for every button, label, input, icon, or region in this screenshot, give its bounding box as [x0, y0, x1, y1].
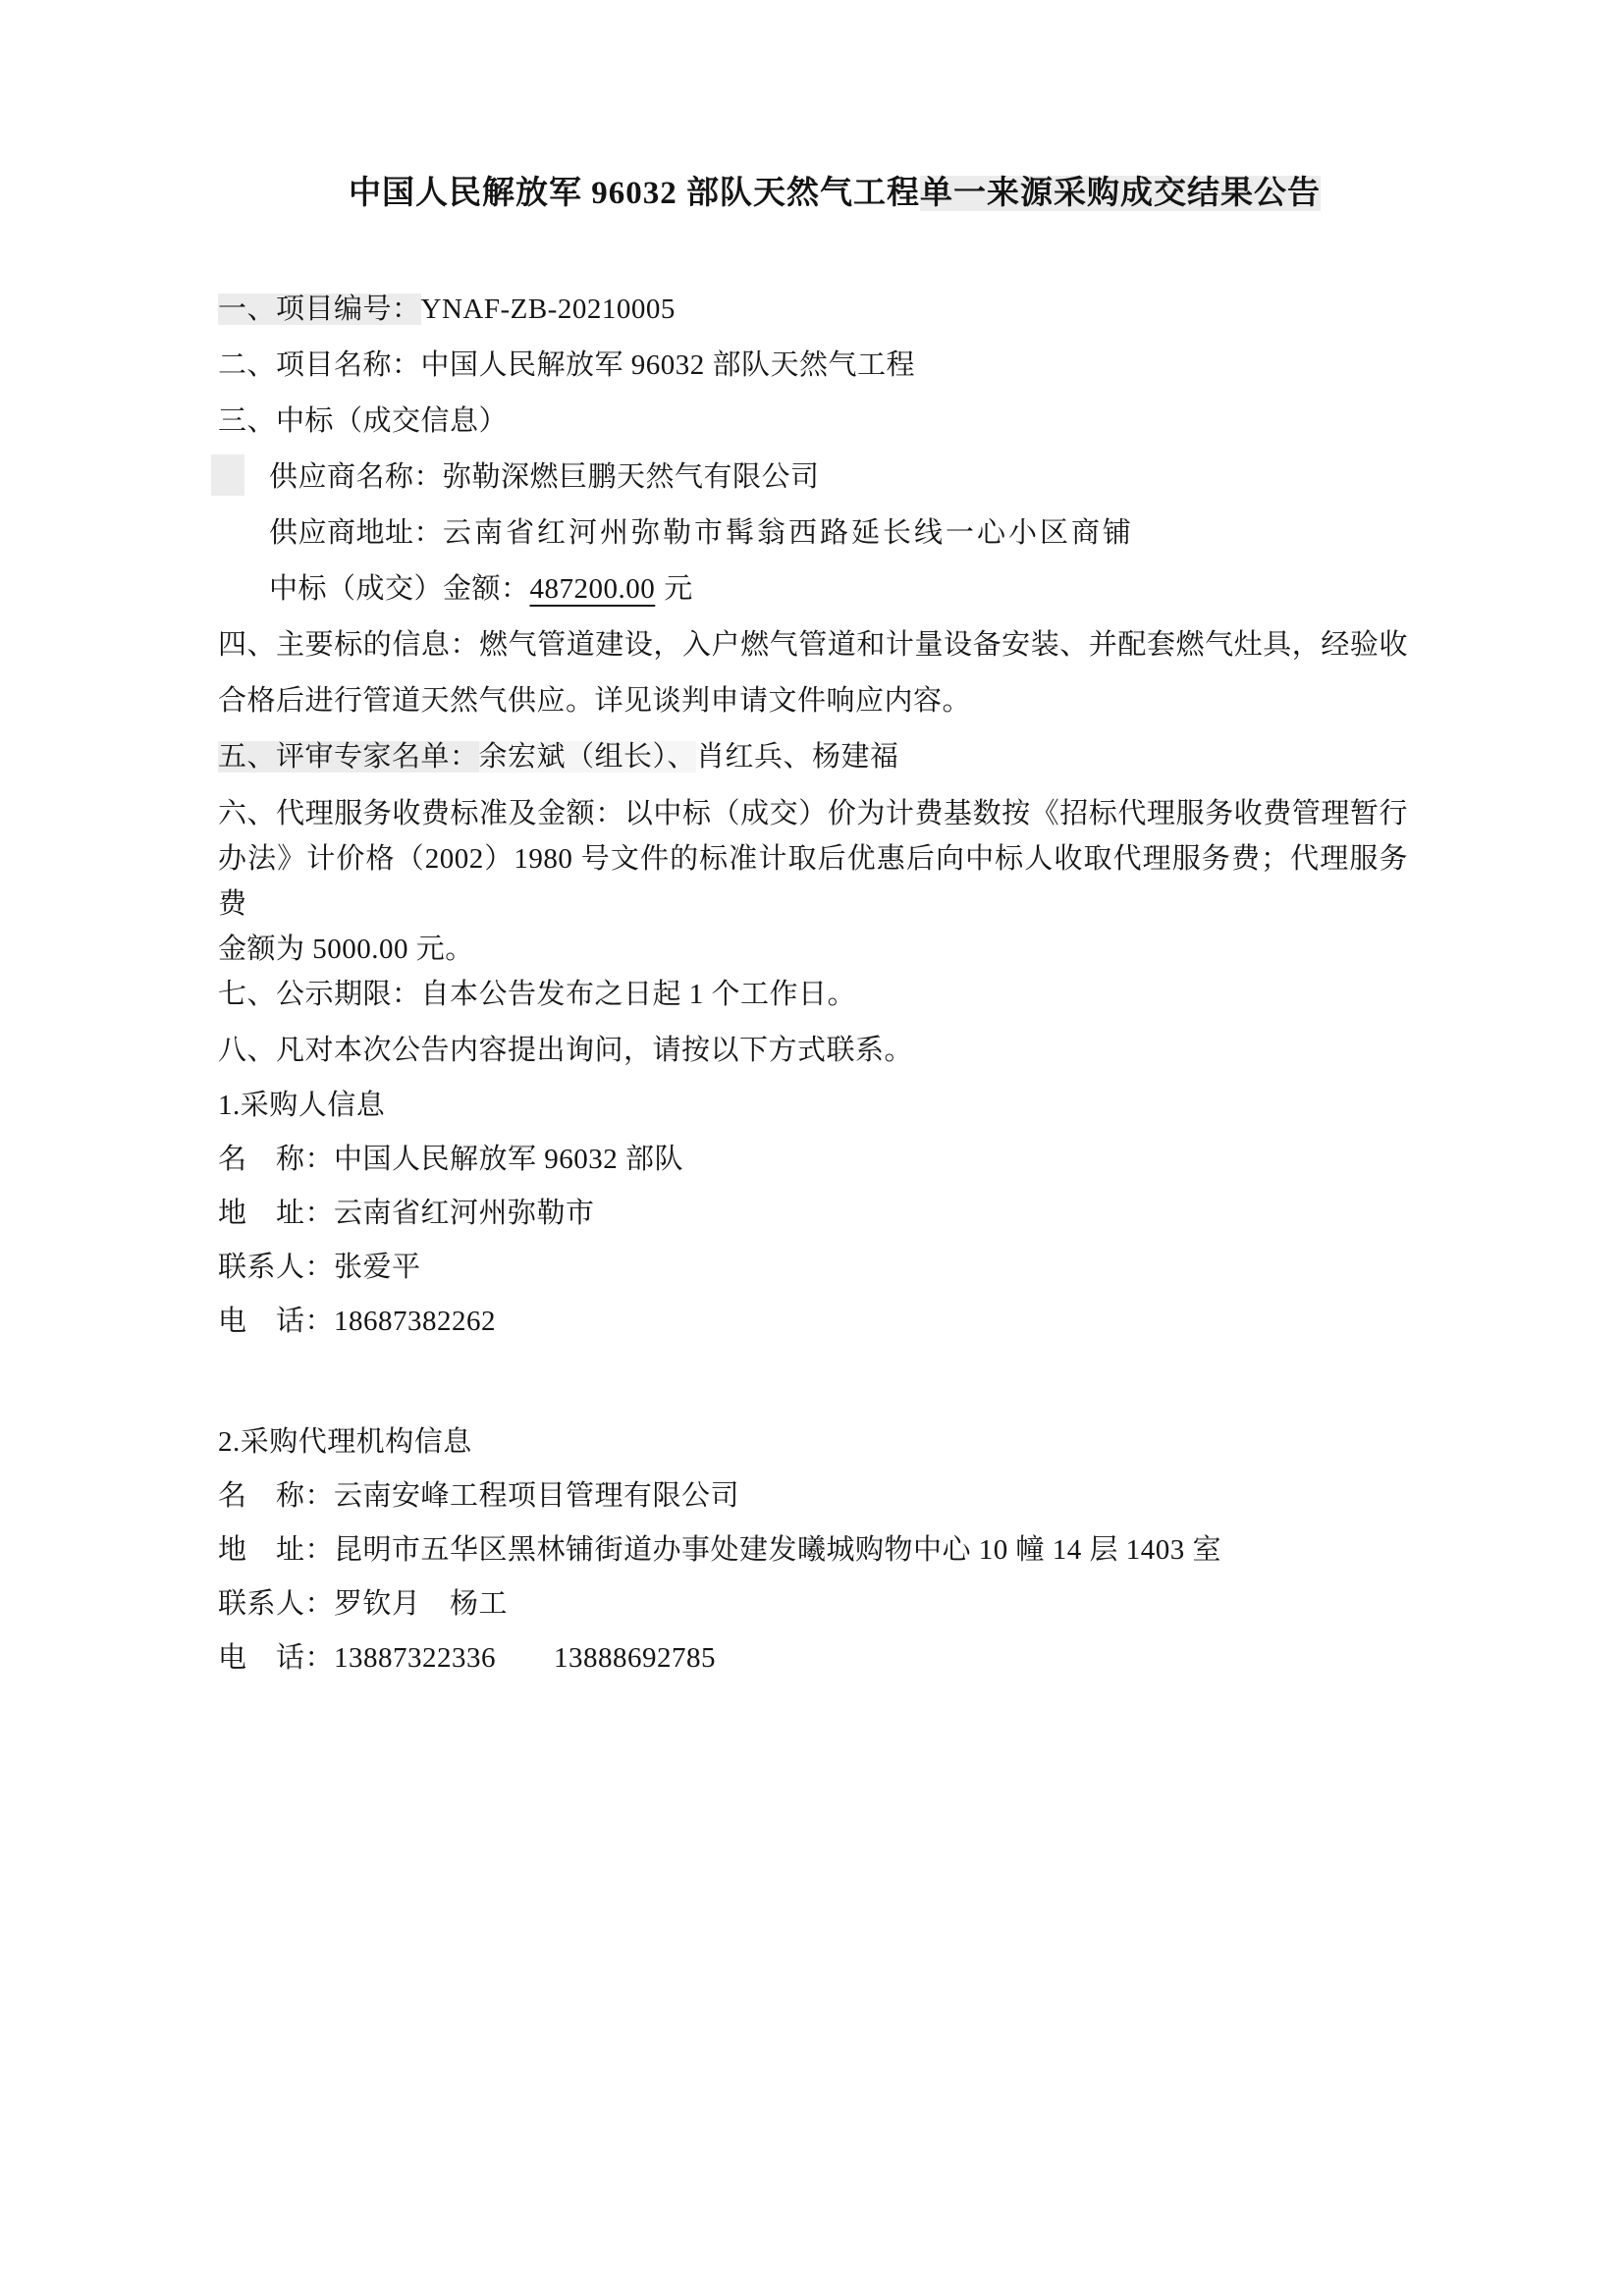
item-publicity-period: 七、公示期限：自本公告发布之日起 1 个工作日。: [218, 972, 1408, 1017]
supplier-address-label: 供应商地址：: [269, 517, 443, 549]
document-body: 一、项目编号：YNAF-ZB-20210005 二、项目名称：中国人民解放军 9…: [218, 282, 1408, 1685]
item-agency-fee-line1: 六、代理服务收费标准及金额：以中标（成交）价为计费基数按《招标代理服务收费管理暂…: [218, 791, 1408, 836]
supplier-name-value: 弥勒深燃巨鹏天然气有限公司: [443, 461, 820, 493]
purchaser-name: 名 称：中国人民解放军 96032 部队: [218, 1133, 1408, 1187]
project-number-label: 一、项目编号：: [218, 294, 421, 325]
purchaser-phone: 电 话：18687382262: [218, 1295, 1408, 1349]
item-inquiry-notice: 八、凡对本次公告内容提出询问，请按以下方式联系。: [218, 1023, 1408, 1079]
item-subject-info-line1: 四、主要标的信息：燃气管道建设，入户燃气管道和计量设备安装、并配套燃气灶具，经验…: [218, 617, 1408, 673]
supplier-address-line: 供应商地址：云南省红河州弥勒市髯翁西路延长线一心小区商铺: [218, 506, 1408, 561]
award-amount-value: 487200.00: [530, 573, 656, 605]
expert-leader: 余宏斌（组长）、: [479, 741, 697, 773]
supplier-name-line: 供应商名称：弥勒深燃巨鹏天然气有限公司: [218, 450, 1408, 506]
purchaser-address: 地 址：云南省红河州弥勒市: [218, 1187, 1408, 1241]
expert-list-label: 五、评审专家名单：: [218, 741, 479, 773]
award-amount-line: 中标（成交）金额：487200.00元: [218, 561, 1408, 617]
agency-phone: 电 话：13887322336 13888692785: [218, 1631, 1408, 1685]
agency-heading: 2.采购代理机构信息: [218, 1415, 1408, 1469]
page-title: 中国人民解放军 96032 部队天然气工程单一来源采购成交结果公告: [0, 171, 1624, 216]
item-award-info-heading: 三、中标（成交信息）: [218, 394, 1408, 450]
item-agency-fee-line3: 金额为 5000.00 元。: [218, 927, 1408, 972]
purchaser-contact: 联系人：张爱平: [218, 1241, 1408, 1295]
supplier-name-label: 供应商名称：: [269, 461, 443, 493]
agency-name: 名 称：云南安峰工程项目管理有限公司: [218, 1469, 1408, 1523]
award-amount-unit: 元: [664, 573, 693, 605]
item-project-name: 二、项目名称：中国人民解放军 96032 部队天然气工程: [218, 338, 1408, 394]
project-number-value: YNAF-ZB-20210005: [421, 294, 676, 325]
expert-others: 肖红兵、杨建福: [696, 741, 899, 773]
agency-address: 地 址：昆明市五华区黑林铺街道办事处建发曦城购物中心 10 幢 14 层 140…: [218, 1523, 1408, 1577]
indent-highlight: [211, 454, 244, 496]
purchaser-heading: 1.采购人信息: [218, 1079, 1408, 1133]
page-title-normal: 中国人民解放军 96032 部队天然气工程: [349, 176, 920, 211]
item-expert-list: 五、评审专家名单：余宏斌（组长）、肖红兵、杨建福: [218, 729, 1408, 785]
award-amount-label: 中标（成交）金额：: [269, 573, 530, 605]
item-agency-fee-line2: 办法》计价格（2002）1980 号文件的标准计取后优惠后向中标人收取代理服务费…: [218, 836, 1408, 927]
item-subject-info-line2: 合格后进行管道天然气供应。详见谈判申请文件响应内容。: [218, 673, 1408, 729]
item-project-number: 一、项目编号：YNAF-ZB-20210005: [218, 282, 1408, 338]
announcement-page: 中国人民解放军 96032 部队天然气工程单一来源采购成交结果公告 一、项目编号…: [0, 0, 1624, 2296]
agency-contact: 联系人：罗钦月 杨工: [218, 1577, 1408, 1631]
supplier-address-value: 云南省红河州弥勒市髯翁西路延长线一心小区商铺: [443, 517, 1134, 549]
page-title-highlighted: 单一来源采购成交结果公告: [920, 176, 1321, 211]
